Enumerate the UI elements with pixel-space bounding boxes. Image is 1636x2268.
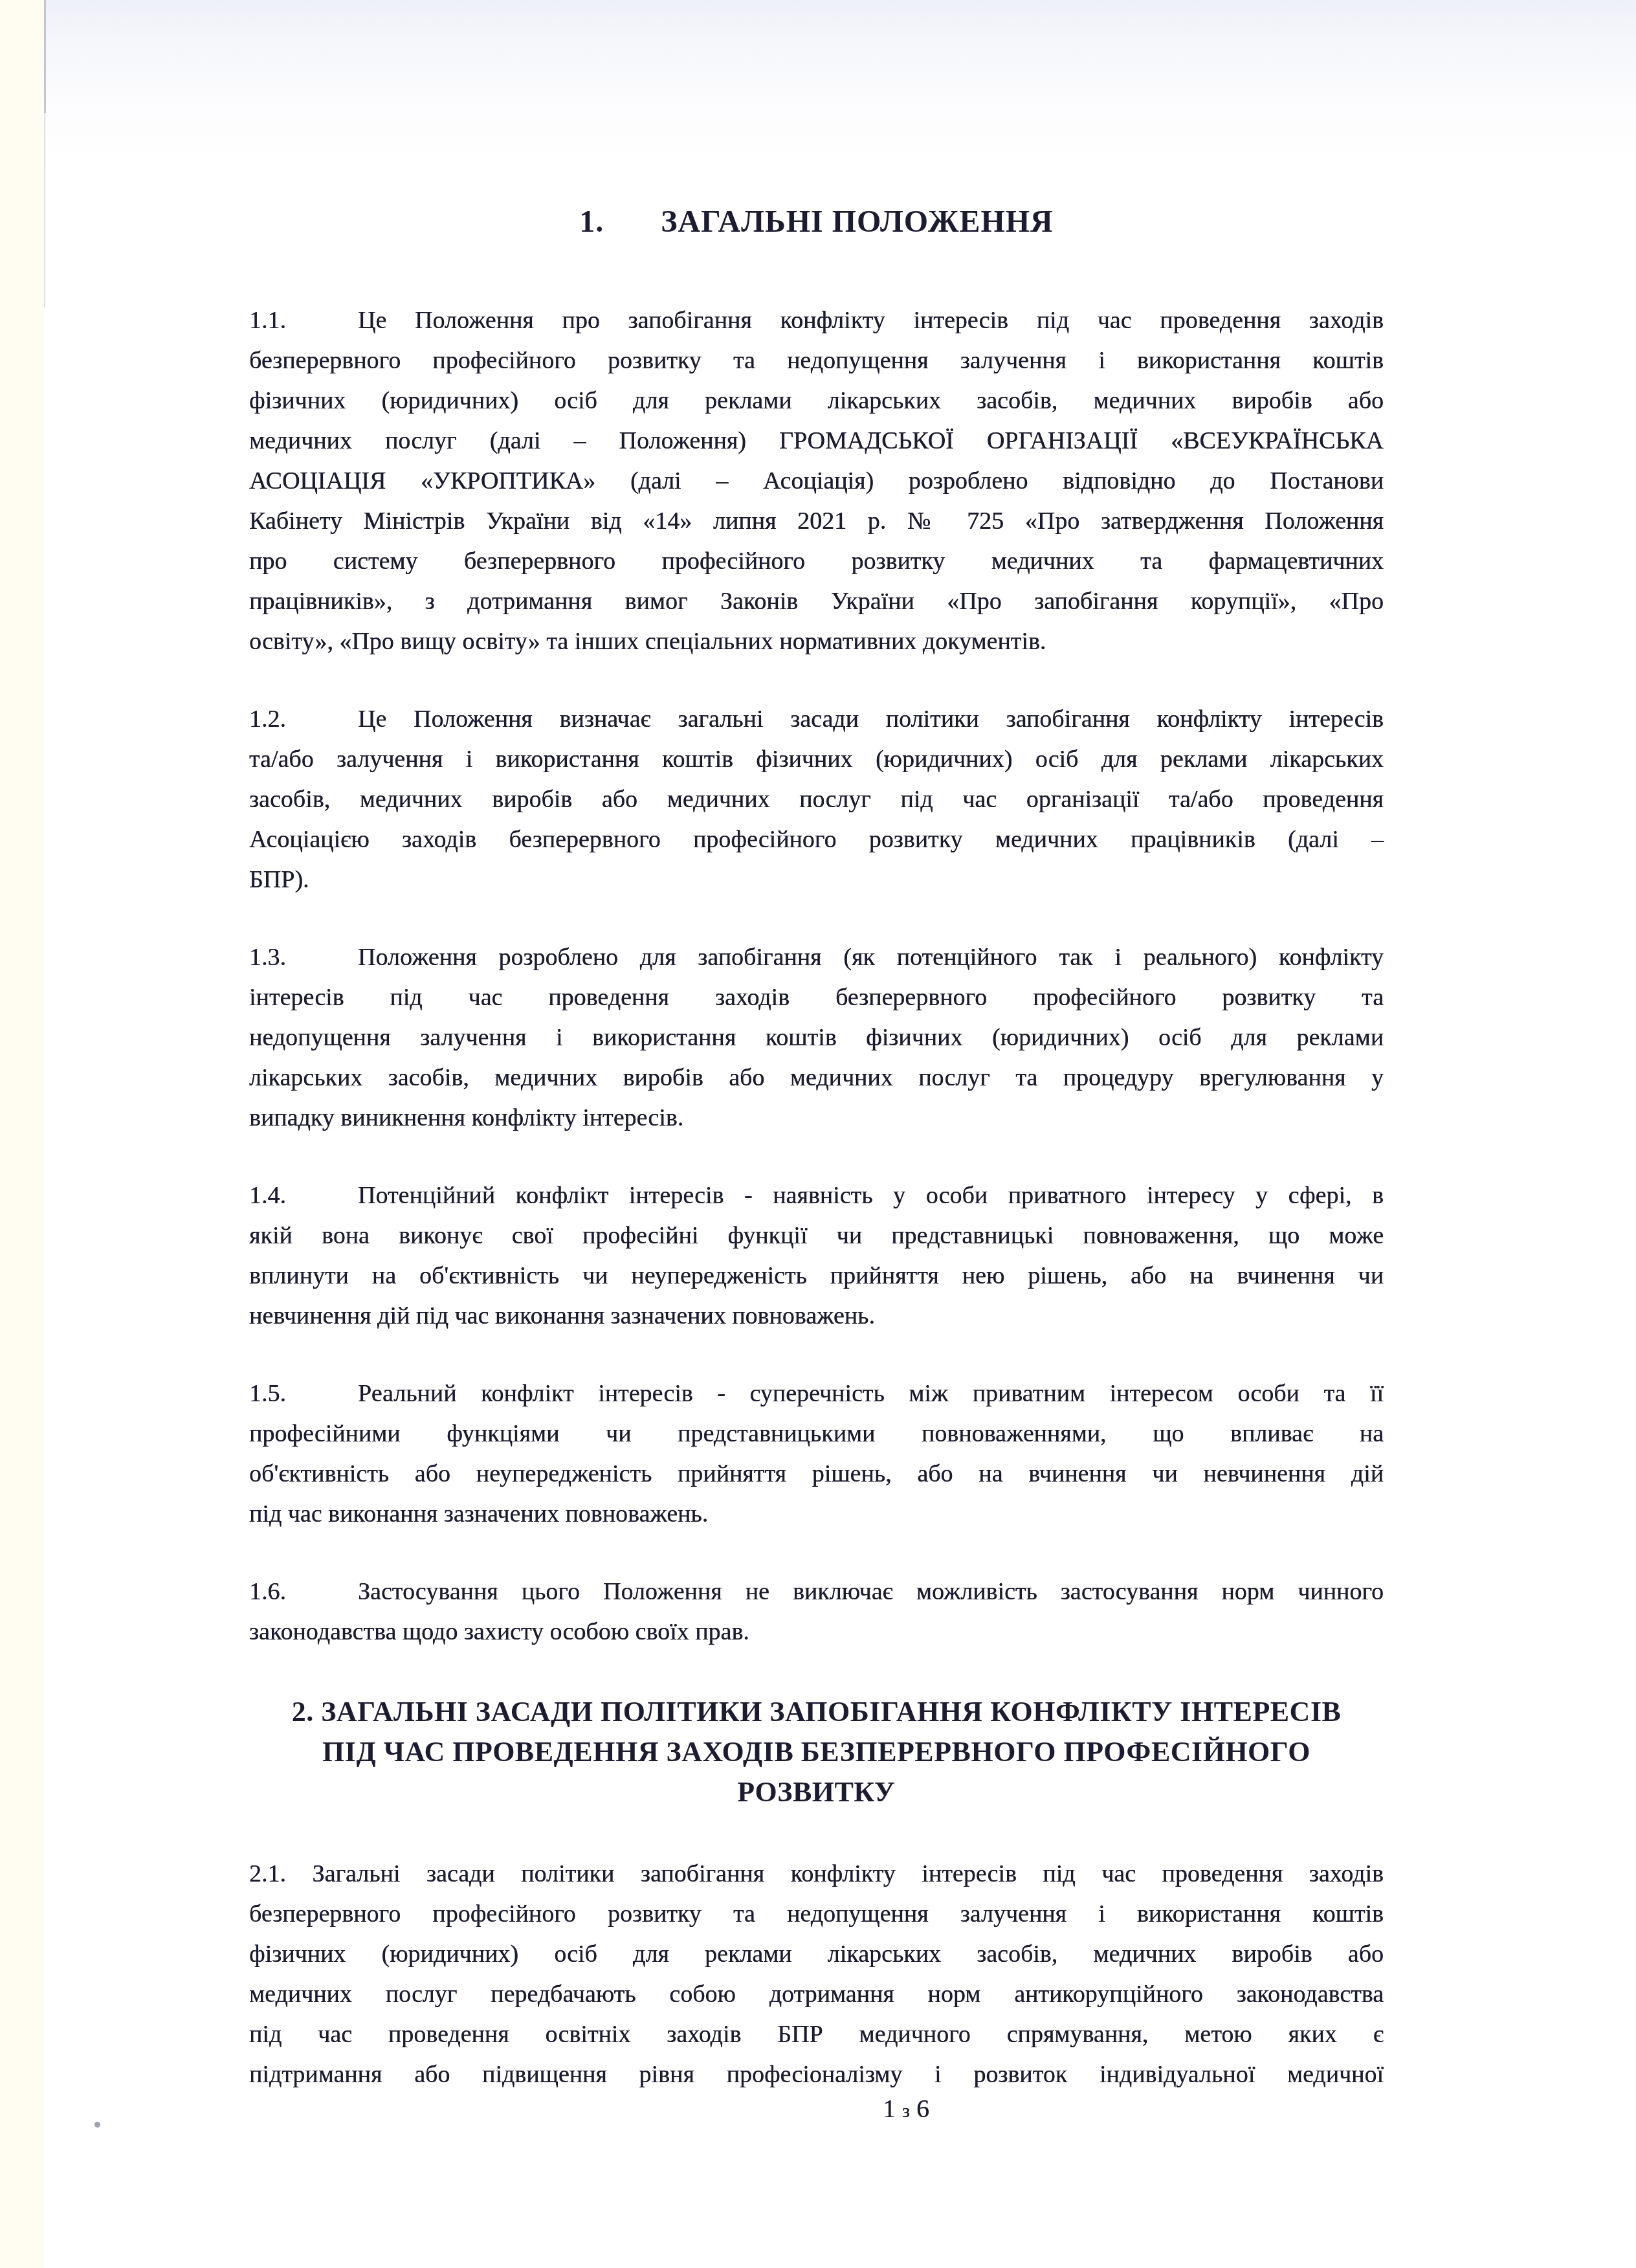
paragraph-number: 1.6. [249,1572,358,1612]
paragraph-1-4: 1.4.Потенційний конфлікт інтересів - ная… [249,1175,1384,1336]
text-line: медичних послуг (далі – Положення) ГРОМА… [249,421,1384,461]
text-line: під час проведення освітніх заходів БПР … [249,2014,1384,2054]
text-line: засобів, медичних виробів або медичних п… [249,779,1384,819]
text-line: БПР). [249,860,1384,900]
text-line: підтримання або підвищення рівня професі… [249,2054,1384,2095]
paragraph-1-6: 1.6.Застосування цього Положення не викл… [249,1572,1384,1652]
text-line: безперервного професійного розвитку та н… [249,1894,1384,1934]
text-line-content: Положення розроблено для запобігання (як… [358,944,1384,971]
paragraph-1-2: 1.2.Це Положення визначає загальні засад… [249,699,1384,900]
text-line: недопущення залучення і використання кош… [249,1017,1384,1058]
text-line: фізичних (юридичних) осіб для реклами лі… [249,381,1384,421]
text-line: законодавства щодо захисту особою своїх … [249,1612,1384,1652]
text-line: під час виконання зазначених повноважень… [249,1494,1384,1534]
text-line: та/або залучення і використання коштів ф… [249,739,1384,779]
text-line-content: Застосування цього Положення не виключає… [358,1578,1384,1605]
scan-edge-line-faint [44,113,45,307]
page-number-separator: з [896,2100,916,2122]
page-number: 1з6 [883,2095,929,2126]
paragraph-1-5: 1.5.Реальний конфлікт інтересів - супере… [249,1373,1384,1534]
text-line: професійними функціями чи представницьки… [249,1414,1384,1454]
text-line: медичних послуг передбачають собою дотри… [249,1974,1384,2014]
paragraph-number: 1.3. [249,937,358,977]
scan-speck [94,2122,100,2128]
text-line: 1.4.Потенційний конфлікт інтересів - ная… [249,1175,1384,1216]
text-line: 1.6.Застосування цього Положення не викл… [249,1572,1384,1612]
text-line: випадку виникнення конфлікту інтересів. [249,1098,1384,1138]
text-line: 1.5.Реальний конфлікт інтересів - супере… [249,1373,1384,1414]
paragraph-number: 1.2. [249,699,358,739]
paragraph-2-1: 2.1. Загальні засади політики запобіганн… [249,1854,1384,2095]
text-line-content: Це Положення про запобігання конфлікту і… [358,307,1384,334]
page-number-current: 1 [883,2094,896,2123]
section-2-heading: 2. ЗАГАЛЬНІ ЗАСАДИ ПОЛІТИКИ ЗАПОБІГАННЯ … [249,1692,1384,1812]
document-body: 1.ЗАГАЛЬНІ ПОЛОЖЕННЯ 1.1.Це Положення пр… [249,0,1384,2132]
text-line: 2.1. Загальні засади політики запобіганн… [249,1854,1384,1894]
text-line: якій вона виконує свої професійні функці… [249,1216,1384,1256]
section-1-number: 1. [579,205,604,239]
text-line: про систему безперервного професійного р… [249,541,1384,581]
text-line: фізичних (юридичних) осіб для реклами лі… [249,1934,1384,1974]
paragraph-1-1: 1.1.Це Положення про запобігання конфлік… [249,300,1384,661]
paragraph-number: 1.1. [249,300,358,340]
section-2-heading-line: РОЗВИТКУ [249,1772,1384,1812]
text-line: безперервного професійного розвитку та н… [249,340,1384,381]
text-line: невчинення дій під час виконання зазначе… [249,1296,1384,1336]
text-line: інтересів під час проведення заходів без… [249,977,1384,1017]
text-line-content: Це Положення визначає загальні засади по… [358,706,1384,733]
paragraph-number: 1.4. [249,1175,358,1216]
scan-left-edge [0,0,44,2268]
scanned-document-page: 1.ЗАГАЛЬНІ ПОЛОЖЕННЯ 1.1.Це Положення пр… [0,0,1636,2268]
text-line: вплинути на об'єктивність чи неупереджен… [249,1256,1384,1296]
text-line: освіту», «Про вищу освіту» та інших спец… [249,621,1384,661]
page-number-total: 6 [916,2094,929,2123]
text-line: лікарських засобів, медичних виробів або… [249,1058,1384,1098]
text-line: АСОЦІАЦІЯ «УКРОПТИКА» (далі – Асоціація)… [249,461,1384,501]
paragraph-1-3: 1.3.Положення розроблено для запобігання… [249,937,1384,1138]
text-line: об'єктивність або неупередженість прийня… [249,1454,1384,1494]
text-line: 1.2.Це Положення визначає загальні засад… [249,699,1384,739]
section-1-title: ЗАГАЛЬНІ ПОЛОЖЕННЯ [661,205,1054,239]
text-line: 1.3.Положення розроблено для запобігання… [249,937,1384,977]
section-1-heading: 1.ЗАГАЛЬНІ ПОЛОЖЕННЯ [249,206,1384,238]
section-2-heading-line: ПІД ЧАС ПРОВЕДЕННЯ ЗАХОДІВ БЕЗПЕРЕРВНОГО… [249,1732,1384,1772]
text-line: Асоціацією заходів безперервного професі… [249,819,1384,860]
paragraph-number: 1.5. [249,1373,358,1414]
text-line: Кабінету Міністрів України від «14» липн… [249,501,1384,541]
text-line-content: Потенційний конфлікт інтересів - наявніс… [358,1182,1384,1209]
section-2-heading-line: 2. ЗАГАЛЬНІ ЗАСАДИ ПОЛІТИКИ ЗАПОБІГАННЯ … [249,1692,1384,1732]
text-line-content: Реальний конфлікт інтересів - суперечніс… [358,1380,1384,1407]
text-line: працівників», з дотримання вимог Законів… [249,581,1384,621]
scan-edge-line [44,0,46,113]
text-line: 1.1.Це Положення про запобігання конфлік… [249,300,1384,340]
